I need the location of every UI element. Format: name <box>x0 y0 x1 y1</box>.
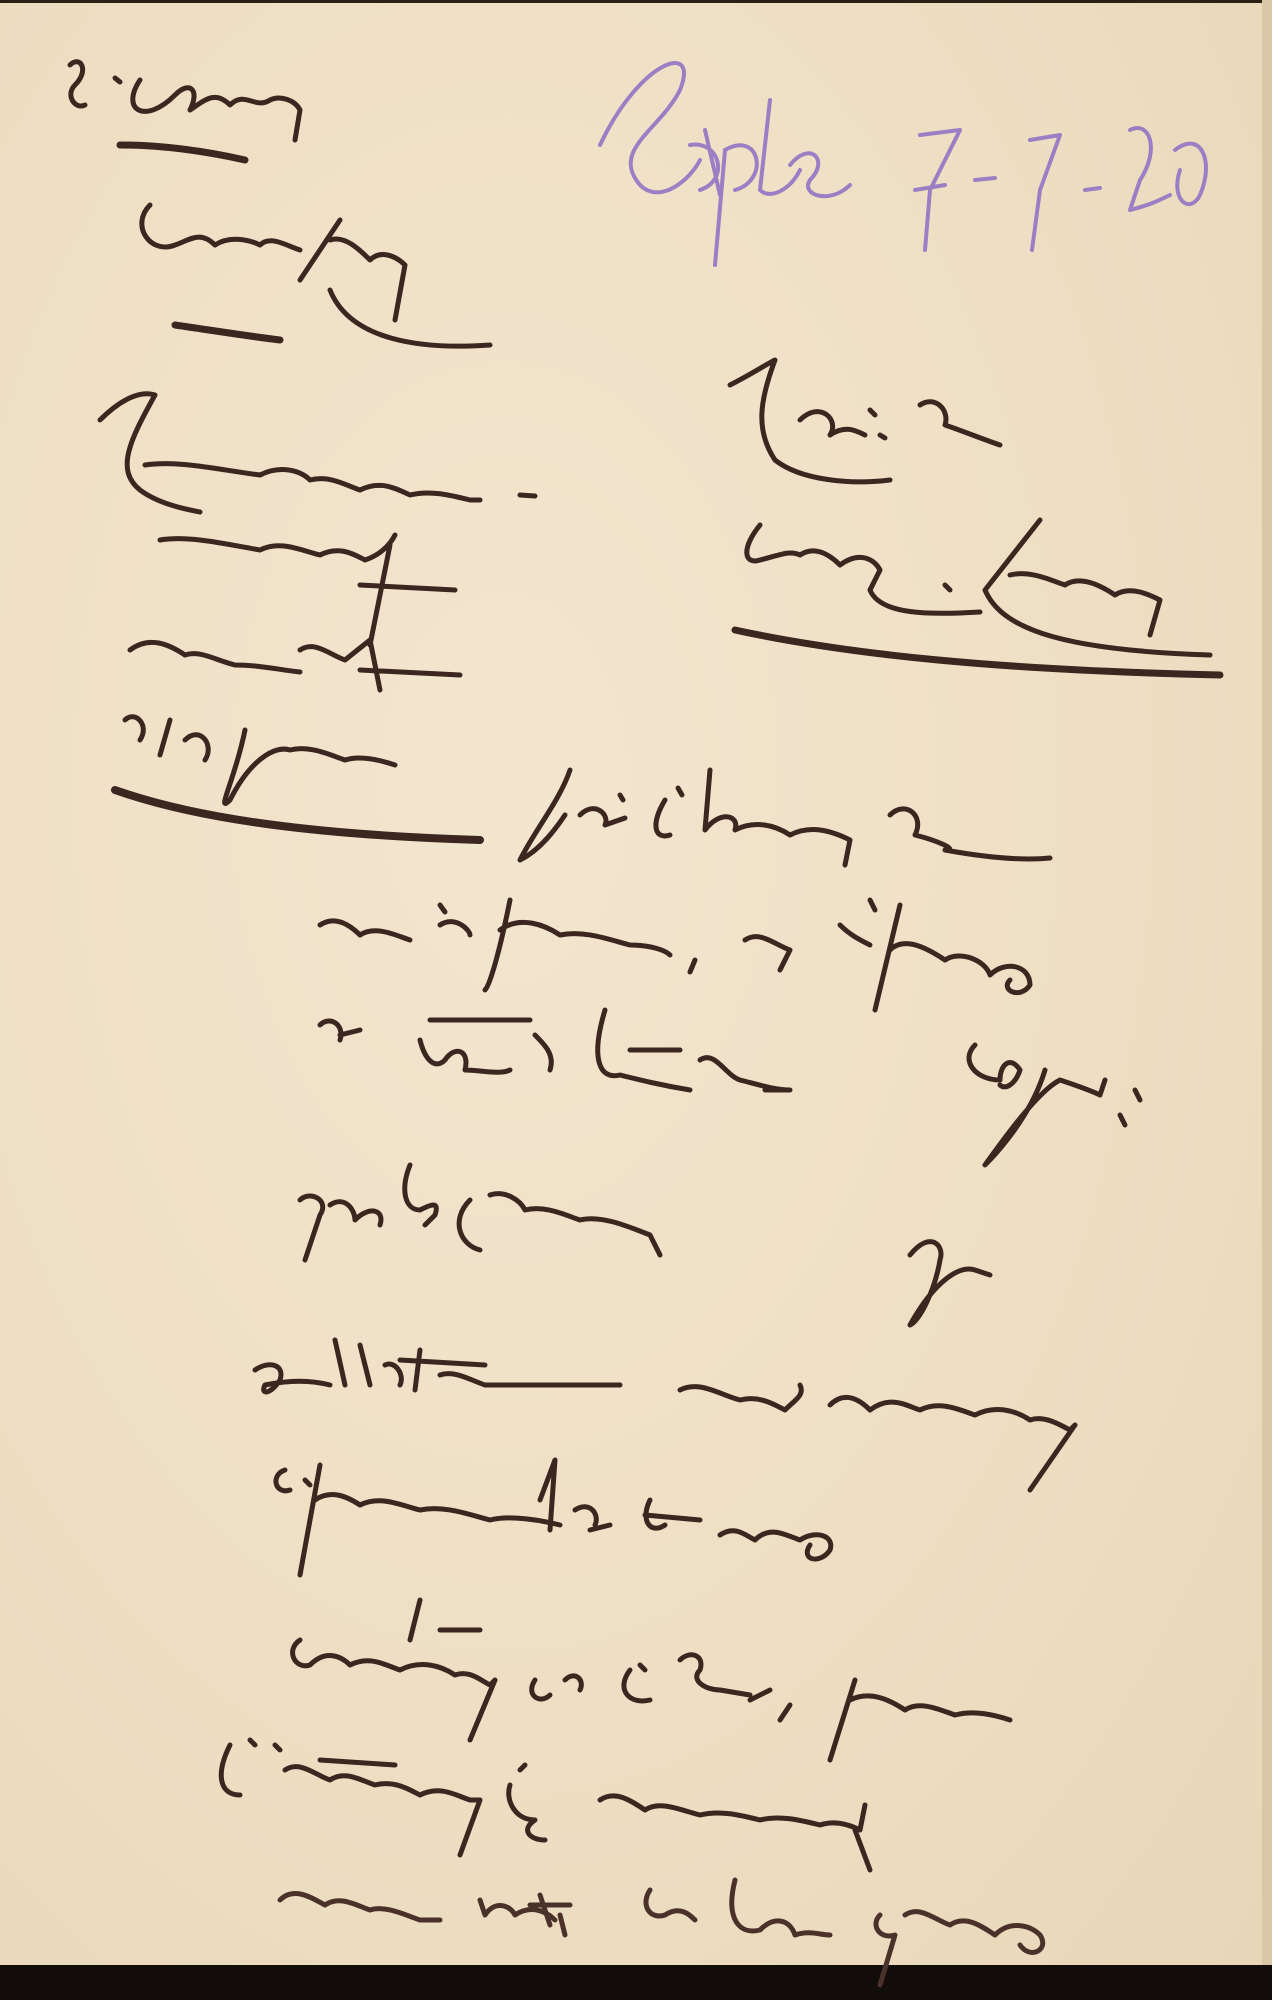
division-label <box>70 62 300 160</box>
commune-label <box>142 205 490 346</box>
body-text <box>221 770 1140 1985</box>
subject-label <box>100 394 535 840</box>
annotation-stamp <box>600 63 1206 265</box>
addressee <box>730 360 1220 675</box>
handwriting-strokes <box>0 0 1272 2000</box>
